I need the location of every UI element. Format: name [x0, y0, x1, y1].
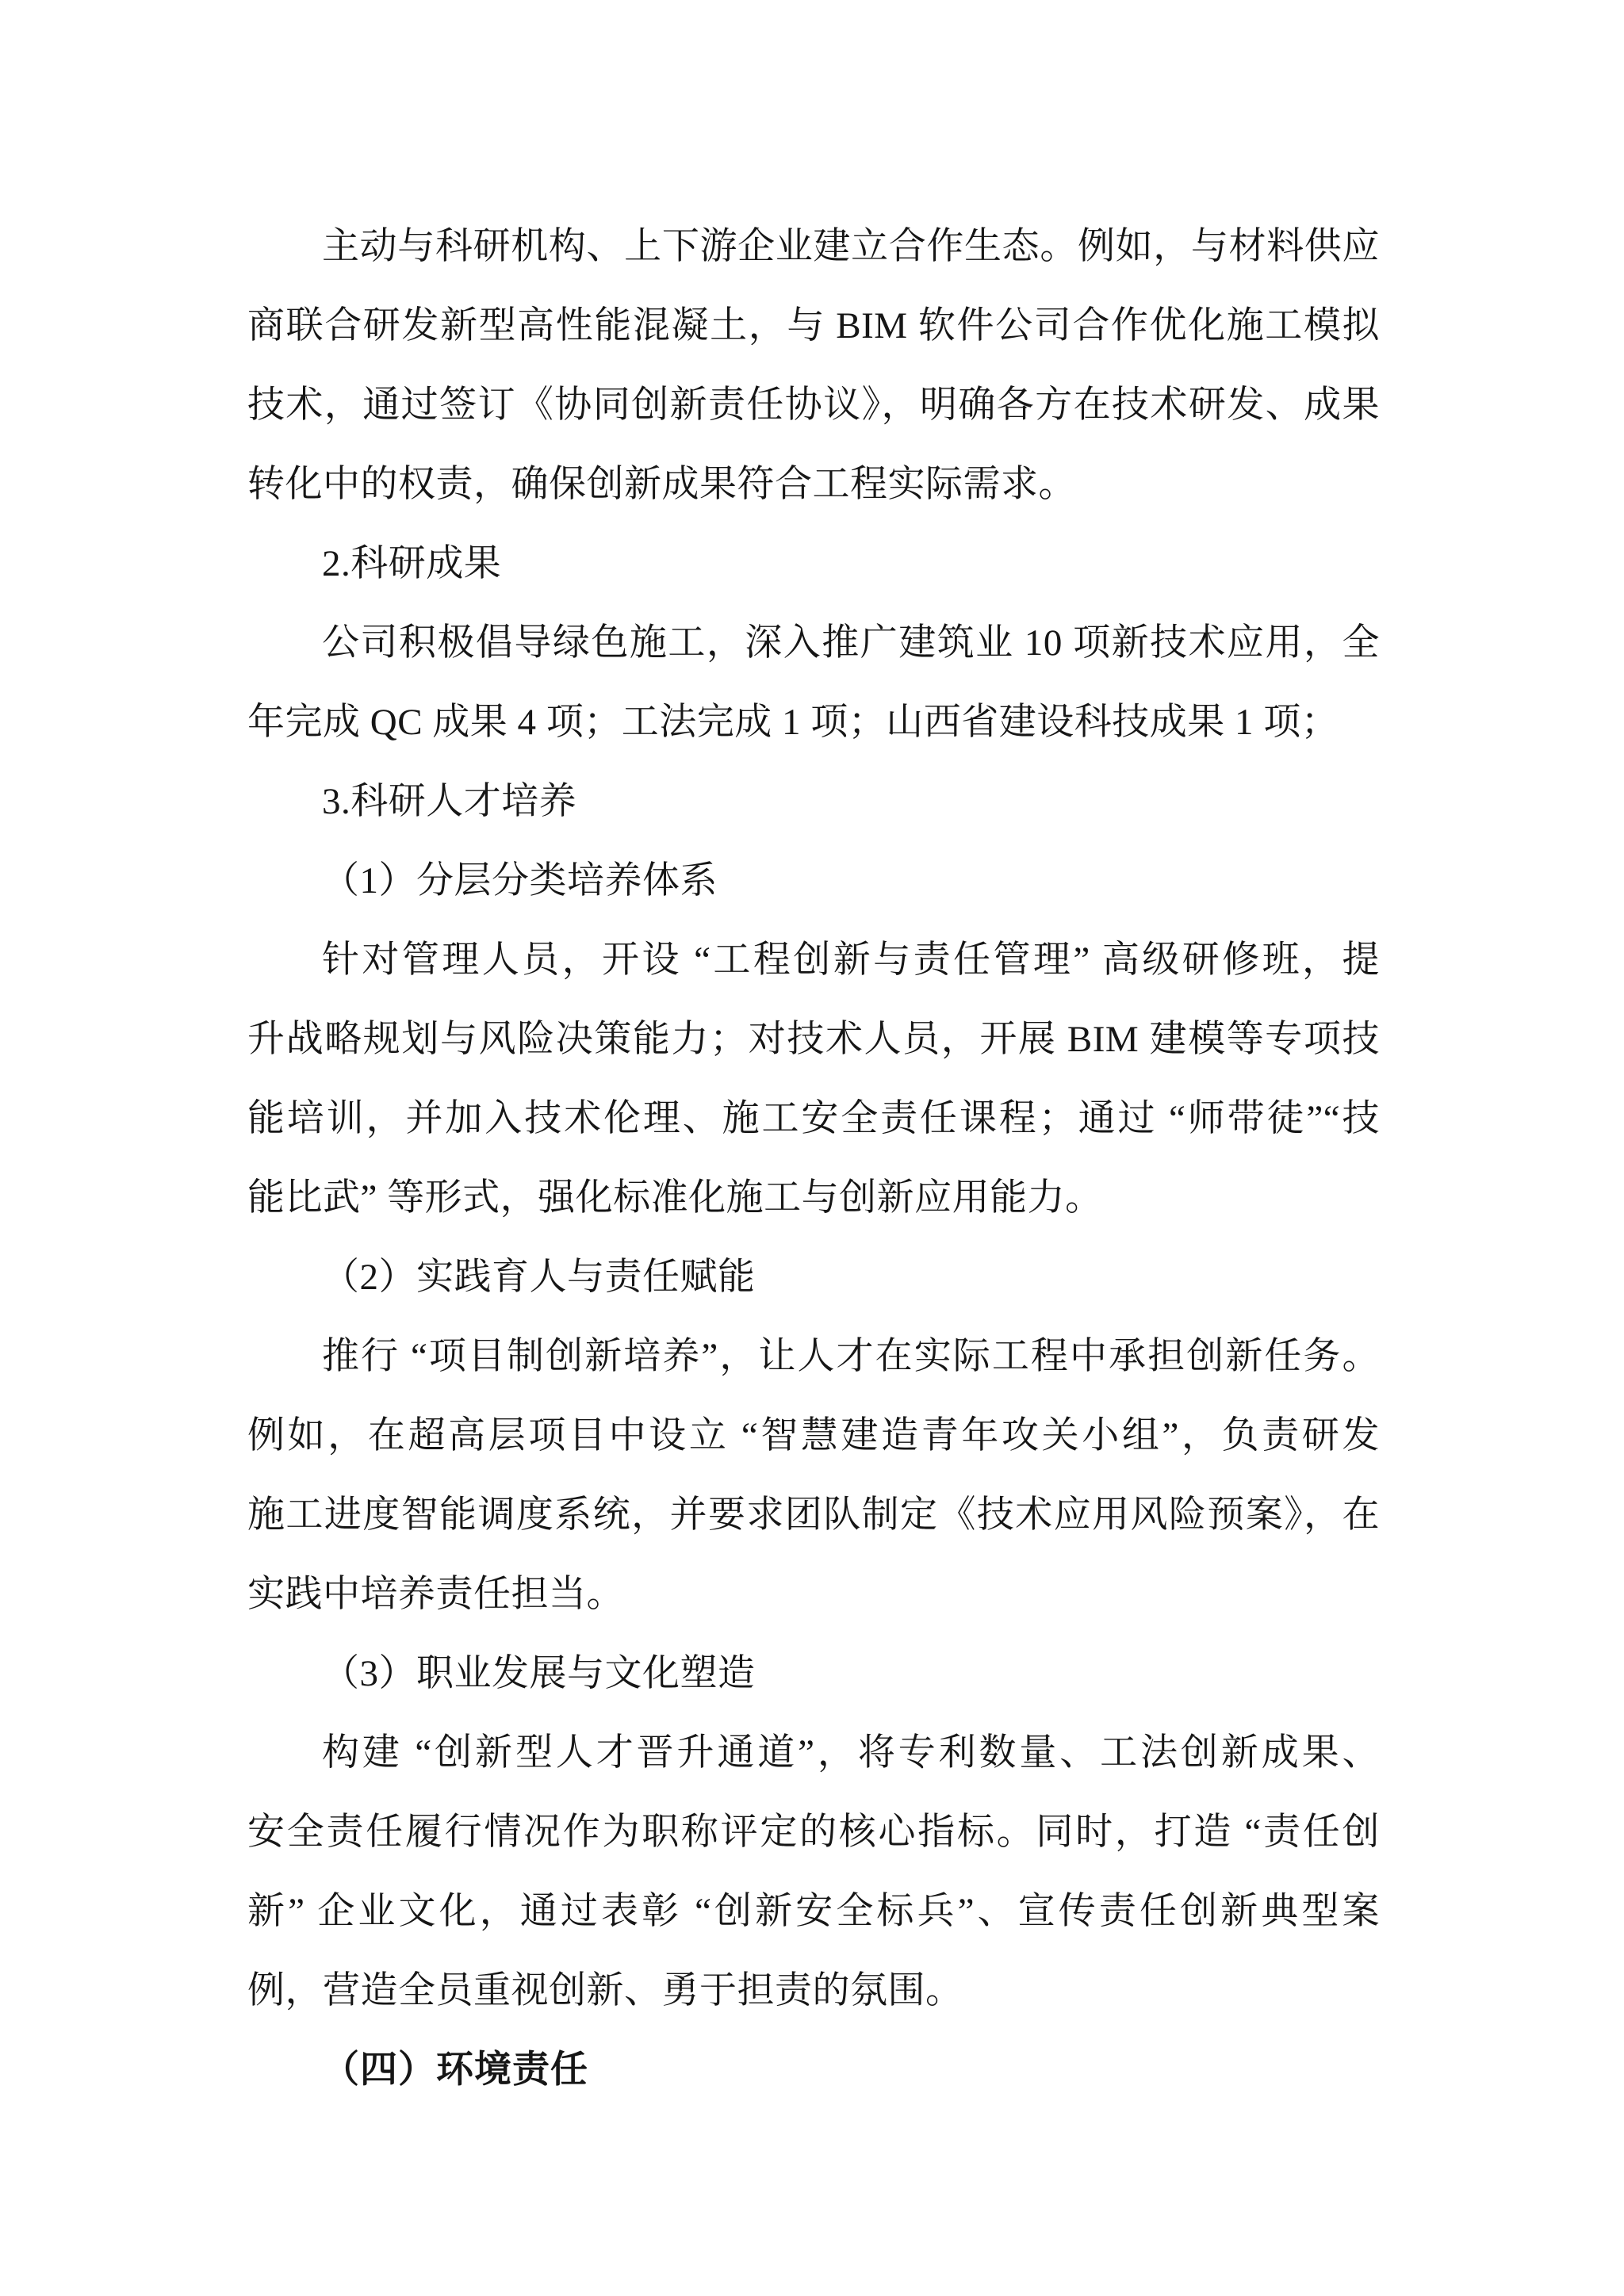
document-line: 推行 “项目制创新培养”，让人才在实际工程中承担创新任务。 — [247, 1317, 1380, 1396]
document-line: 能比武” 等形式，强化标准化施工与创新应用能力。 — [247, 1158, 1380, 1238]
document-line: 技术，通过签订《协同创新责任协议》，明确各方在技术研发、成果 — [247, 365, 1380, 445]
document-line: 例，营造全员重视创新、勇于担责的氛围。 — [247, 1951, 1380, 2030]
heading-research-achievements: 2.科研成果 — [247, 524, 1380, 603]
document-line: 升战略规划与风险决策能力；对技术人员，开展 BIM 建模等专项技 — [247, 1000, 1380, 1079]
document-line: 公司积极倡导绿色施工，深入推广建筑业 10 项新技术应用，全 — [247, 603, 1380, 683]
document-line: 构建 “创新型人才晋升通道”，将专利数量、工法创新成果、 — [247, 1713, 1380, 1793]
subheading-career-development: （3）职业发展与文化塑造 — [247, 1634, 1380, 1713]
document-line: 转化中的权责，确保创新成果符合工程实际需求。 — [247, 445, 1380, 524]
heading-research-talent: 3.科研人才培养 — [247, 762, 1380, 841]
document-line: 施工进度智能调度系统，并要求团队制定《技术应用风险预案》，在 — [247, 1475, 1380, 1555]
document-line: 针对管理人员，开设 “工程创新与责任管理” 高级研修班，提 — [247, 920, 1380, 1000]
document-page: 主动与科研机构、上下游企业建立合作生态。例如，与材料供应 商联合研发新型高性能混… — [0, 0, 1624, 2296]
document-line: 能培训，并加入技术伦理、施工安全责任课程；通过 “师带徒”“技 — [247, 1079, 1380, 1158]
document-line: 年完成 QC 成果 4 项；工法完成 1 项；山西省建设科技成果 1 项； — [247, 683, 1380, 762]
subheading-practice-education: （2）实践育人与责任赋能 — [247, 1238, 1380, 1317]
document-line: 安全责任履行情况作为职称评定的核心指标。同时，打造 “责任创 — [247, 1793, 1380, 1872]
document-text-block: 主动与科研机构、上下游企业建立合作生态。例如，与材料供应 商联合研发新型高性能混… — [247, 207, 1380, 2110]
document-line: 主动与科研机构、上下游企业建立合作生态。例如，与材料供应 — [247, 207, 1380, 286]
subheading-tiered-training-system: （1）分层分类培养体系 — [247, 841, 1380, 920]
document-line: 例如，在超高层项目中设立 “智慧建造青年攻关小组”，负责研发 — [247, 1396, 1380, 1475]
document-line: 新” 企业文化，通过表彰 “创新安全标兵”、宣传责任创新典型案 — [247, 1872, 1380, 1951]
document-line: 实践中培养责任担当。 — [247, 1555, 1380, 1634]
document-line: 商联合研发新型高性能混凝土，与 BIM 软件公司合作优化施工模拟 — [247, 286, 1380, 365]
heading-environmental-responsibility: （四）环境责任 — [247, 2030, 1380, 2110]
